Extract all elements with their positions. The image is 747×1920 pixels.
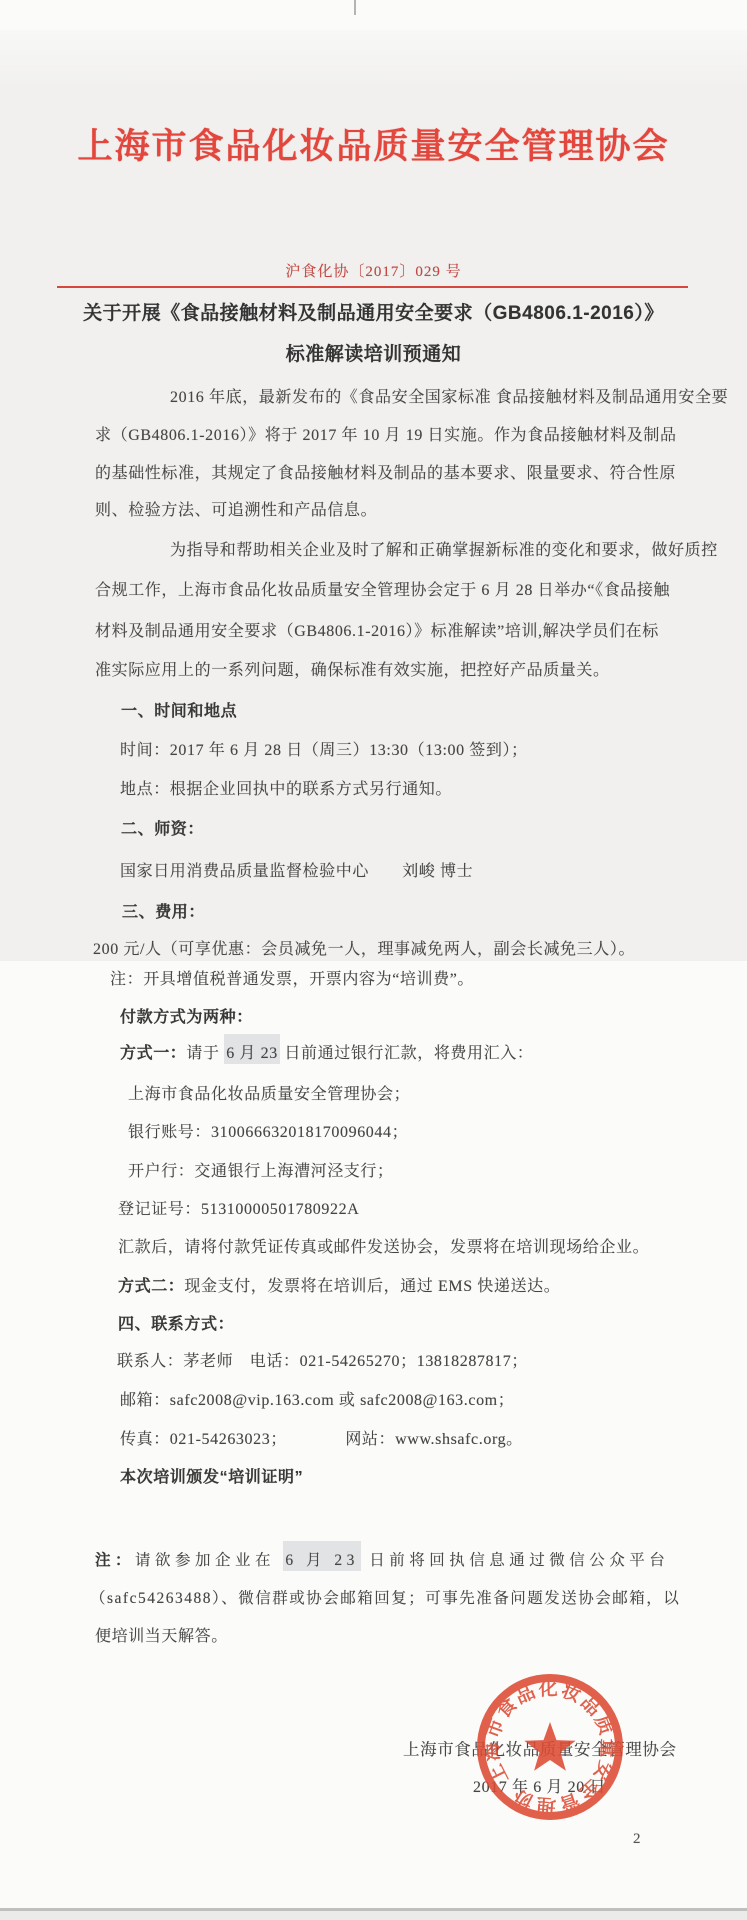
section-contact-heading: 四、联系方式： (118, 1314, 234, 1336)
document-number: 沪食化协〔2017〕029 号 (0, 261, 747, 283)
intro-para2-line: 材料及制品通用安全要求（GB4806.1-2016）》标准解读”培训,解决学员们… (95, 621, 659, 643)
intro-para2-line: 合规工作，上海市食品化妆品质量安全管理协会定于 6 月 28 日举办“《食品接触 (95, 580, 670, 602)
section-fee-heading: 三、费用： (122, 902, 205, 924)
payment-intro-line: 付款方式为两种： (120, 1007, 253, 1029)
official-seal: 上海市食品化妆品质量安全管理协会 (471, 1668, 629, 1826)
scanned-document-page: 上海市食品化妆品质量安全管理协会 沪食化协〔2017〕029 号 关于开展《食品… (0, 0, 747, 1920)
final-note-label: 注： (95, 1552, 135, 1569)
bank-account-line: 银行账号：310066632018170096044； (128, 1122, 408, 1144)
intro-para2-line: 为指导和帮助相关企业及时了解和正确掌握新标准的变化和要求，做好质控 (170, 540, 718, 562)
scan-registration-mark (354, 0, 356, 15)
remit-note-line: 汇款后，请将付款凭证传真或邮件发送协会，发票将在培训现场给企业。 (118, 1237, 649, 1259)
document-title-line1: 关于开展《食品接触材料及制品通用安全要求（GB4806.1-2016）》 (0, 303, 747, 325)
org-title: 上海市食品化妆品质量安全管理协会 (0, 136, 747, 158)
time-line: 时间：2017 年 6 月 28 日（周三）13:30（13:00 签到）； (120, 740, 528, 762)
method1-date-highlight: 6 月 23 (224, 1034, 280, 1064)
registration-number-line: 登记证号：51310000501780922A (118, 1199, 359, 1221)
scan-bottom-band (0, 1911, 747, 1920)
fee-line: 200 元/人（可享优惠：会员减免一人，理事减免两人，副会长减免三人）。 (93, 939, 635, 961)
intro-para1-line: 求（GB4806.1-2016）》将于 2017 年 10 月 19 日实施。作… (95, 425, 677, 447)
payee-line: 上海市食品化妆品质量安全管理协会； (128, 1084, 410, 1106)
fax-website-line: 传真：021-54263023； 网站：www.shsafc.org。 (120, 1429, 523, 1451)
final-note-post: 日前将回执信息通过微信公众平台 (361, 1552, 669, 1569)
method1-pre: 请于 (186, 1045, 224, 1062)
intro-para1-line: 的基础性标准，其规定了食品接触材料及制品的基本要求、限量要求、符合性原 (95, 463, 676, 485)
payment-method2-line: 方式二：现金支付，发票将在培训后，通过 EMS 快递送达。 (118, 1276, 560, 1298)
letterhead-rule (57, 286, 688, 288)
invoice-note-line: 注：开具增值税普通发票，开票内容为“培训费”。 (110, 969, 474, 991)
final-note-pre: 请欲参加企业在 (135, 1552, 283, 1569)
intro-para1-line: 则、检验方法、可追溯性和产品信息。 (95, 500, 377, 522)
final-note-date-highlight: 6 月 23 (283, 1541, 361, 1571)
method1-label: 方式一： (120, 1045, 186, 1062)
scan-top-band (0, 0, 747, 30)
section-teacher-heading: 二、师资： (121, 819, 204, 841)
email-line: 邮箱：safc2008@vip.163.com 或 safc2008@163.c… (120, 1390, 514, 1412)
bank-branch-line: 开户行：交通银行上海漕河泾支行； (128, 1161, 394, 1183)
seal-star-icon (524, 1722, 575, 1771)
method1-post: 日前通过银行汇款，将费用汇入： (280, 1045, 534, 1062)
payment-method1-line: 方式一：请于 6 月 23 日前通过银行汇款，将费用汇入： (120, 1043, 533, 1065)
final-note-line1: 注：请欲参加企业在 6 月 23 日前将回执信息通过微信公众平台 (95, 1550, 669, 1572)
method2-label: 方式二： (118, 1278, 184, 1295)
contact-line: 联系人：茅老师 电话：021-54265270；13818287817； (117, 1351, 528, 1373)
scan-top-gradient (0, 30, 747, 90)
intro-para1-line: 2016 年底，最新发布的《食品安全国家标准 食品接触材料及制品通用安全要 (170, 387, 728, 409)
place-line: 地点：根据企业回执中的联系方式另行通知。 (120, 779, 452, 801)
certificate-note-line: 本次培训颁发“培训证明” (120, 1467, 303, 1489)
intro-para2-line: 准实际应用上的一系列问题，确保标准有效实施，把控好产品质量关。 (95, 660, 610, 682)
document-title-line2: 标准解读培训预通知 (0, 344, 747, 366)
final-note-line3: 便培训当天解答。 (95, 1626, 228, 1648)
page-number: 2 (633, 1828, 641, 1850)
section-time-heading: 一、时间和地点 (121, 701, 237, 723)
method2-text: 现金支付，发票将在培训后，通过 EMS 快递送达。 (184, 1278, 560, 1295)
teacher-line: 国家日用消费品质量监督检验中心 刘峻 博士 (120, 861, 473, 883)
final-note-line2: （safc54263488）、微信群或协会邮箱回复；可事先准备问题发送协会邮箱，… (90, 1588, 680, 1610)
